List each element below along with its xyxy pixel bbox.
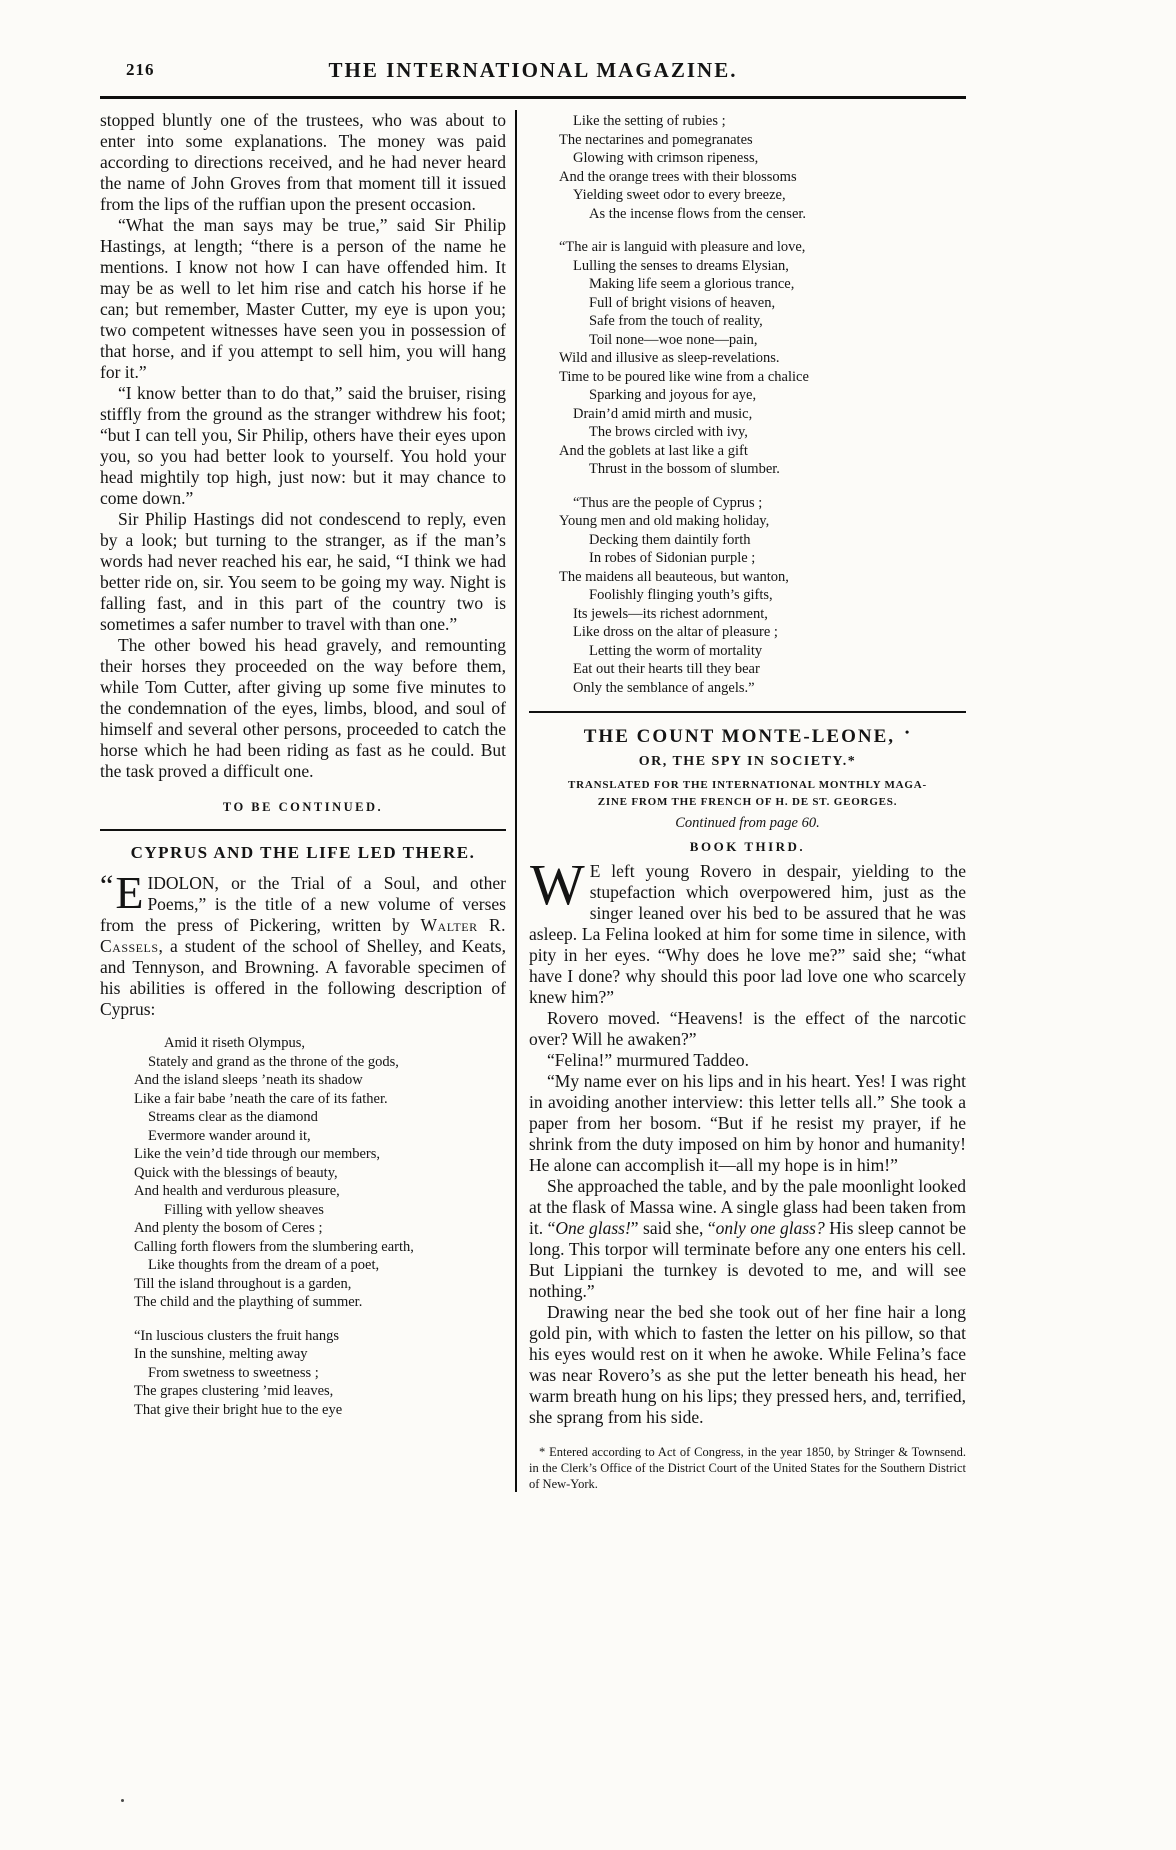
text-segment: Sir Philip Hastings did not condescend t… — [100, 509, 506, 634]
section-divider-right — [529, 711, 966, 713]
translation-credit-line2: ZINE FROM THE FRENCH OF H. DE ST. GEORGE… — [529, 794, 966, 811]
poem-line: The grapes clustering ’mid leaves, — [134, 1382, 506, 1401]
poem-line: Toil none—woe none—pain, — [589, 331, 966, 350]
section-divider — [100, 829, 506, 831]
poem-line: And health and verdurous pleasure, — [134, 1182, 506, 1201]
text-segment: ” said she, “ — [631, 1218, 716, 1238]
poem-line: Young men and old making holiday, — [559, 512, 966, 531]
opening-quote-mark: “ — [100, 873, 113, 899]
poem-line: “Thus are the people of Cyprus ; — [573, 494, 966, 513]
paragraph: “What the man says may be true,” said Si… — [100, 215, 506, 383]
paragraph: stopped bluntly one of the trustees, who… — [100, 110, 506, 215]
paragraph: “My name ever on his lips and in his hea… — [529, 1071, 966, 1176]
monteleone-title: THE COUNT MONTE-LEONE,• — [529, 725, 966, 748]
poem-line: Like the setting of rubies ; — [573, 112, 966, 131]
left-column: stopped bluntly one of the trustees, who… — [100, 110, 515, 1492]
italic-text: One glass! — [555, 1218, 630, 1238]
text-segment: stopped bluntly one of the trustees, who… — [100, 110, 506, 214]
poem-line: Making life seem a glorious trance, — [589, 275, 966, 294]
paragraph: Drawing near the bed she took out of her… — [529, 1302, 966, 1428]
text-segment: “Felina!” murmured Taddeo. — [547, 1050, 749, 1070]
ink-speck: • — [905, 725, 911, 739]
masthead-title: THE INTERNATIONAL MAGAZINE. — [100, 58, 966, 83]
poem-line: Eat out their hearts till they bear — [573, 660, 966, 679]
paragraph: The other bowed his head gravely, and re… — [100, 635, 506, 782]
cyprus-intro-paragraph: “EIDOLON, or the Trial of a Soul, and ot… — [100, 873, 506, 1020]
poem-line: And the goblets at last like a gift — [559, 442, 966, 461]
poem-stanza: Like the setting of rubies ;The nectarin… — [559, 112, 966, 223]
paragraph: “Felina!” murmured Taddeo. — [529, 1050, 966, 1071]
poem-line: Lulling the senses to dreams Elysian, — [573, 257, 966, 276]
poem-line: Filling with yellow sheaves — [164, 1201, 506, 1220]
poem-stanza: Amid it riseth Olympus,Stately and grand… — [134, 1034, 506, 1312]
to-be-continued-notice: TO BE CONTINUED. — [100, 800, 506, 815]
poem-line: Sparking and joyous for aye, — [589, 386, 966, 405]
text-segment: Rovero moved. “Heavens! is the effect of… — [529, 1008, 966, 1049]
monteleone-title-text: THE COUNT MONTE-LEONE, — [584, 726, 895, 747]
translation-credit-line1: TRANSLATED FOR THE INTERNATIONAL MONTHLY… — [529, 777, 966, 794]
poem-stanza: “The air is languid with pleasure and lo… — [559, 238, 966, 479]
paragraph: “I know better than to do that,” said th… — [100, 383, 506, 509]
poem-line: Foolishly flinging youth’s gifts, — [589, 586, 966, 605]
poem-line: Amid it riseth Olympus, — [164, 1034, 506, 1053]
poem-line: Drain’d amid mirth and music, — [573, 405, 966, 424]
poem-line: Like the vein’d tide through our members… — [134, 1145, 506, 1164]
magazine-page: 216 THE INTERNATIONAL MAGAZINE. stopped … — [0, 0, 1176, 1850]
poem-line: Calling forth flowers from the slumberin… — [134, 1238, 506, 1257]
intro-text-continued: , a student of the school of Shelley, an… — [100, 936, 506, 1019]
poem-line: And the orange trees with their blossoms — [559, 168, 966, 187]
poem-line: Streams clear as the diamond — [148, 1108, 506, 1127]
text-segment: “What the man says may be true,” said Si… — [100, 215, 506, 382]
story-continuation: stopped bluntly one of the trustees, who… — [100, 110, 506, 782]
poem-line: Safe from the touch of reality, — [589, 312, 966, 331]
page-header: 216 THE INTERNATIONAL MAGAZINE. — [100, 56, 966, 92]
copyright-footnote: * Entered according to Act of Congress, … — [529, 1444, 966, 1492]
poem-line: Stately and grand as the throne of the g… — [148, 1053, 506, 1072]
poem-line: In the sunshine, melting away — [134, 1345, 506, 1364]
poem-line: And plenty the bosom of Ceres ; — [134, 1219, 506, 1238]
cyprus-poem-continued: Like the setting of rubies ;The nectarin… — [559, 112, 966, 697]
cyprus-article-heading: CYPRUS AND THE LIFE LED THERE. — [100, 843, 506, 863]
dropcap-letter: E — [114, 873, 147, 912]
paragraph: She approached the table, and by the pal… — [529, 1176, 966, 1302]
monteleone-first-paragraph: WE left young Rovero in despair, yieldin… — [529, 861, 966, 1008]
poem-line: As the incense flows from the censer. — [589, 205, 966, 224]
poem-line: The brows circled with ivy, — [589, 423, 966, 442]
poem-line: Quick with the blessings of beauty, — [134, 1164, 506, 1183]
translation-credit: TRANSLATED FOR THE INTERNATIONAL MONTHLY… — [529, 777, 966, 811]
poem-line: And the island sleeps ’neath its shadow — [134, 1071, 506, 1090]
text-segment: “My name ever on his lips and in his hea… — [529, 1071, 966, 1175]
poem-line: “The air is languid with pleasure and lo… — [559, 238, 966, 257]
poem-line: Decking them daintily forth — [589, 531, 966, 550]
poem-stanza: “Thus are the people of Cyprus ;Young me… — [559, 494, 966, 698]
continued-from-note: Continued from page 60. — [529, 815, 966, 832]
poem-line: The child and the plaything of summer. — [134, 1293, 506, 1312]
text-segment: Drawing near the bed she took out of her… — [529, 1302, 966, 1427]
poem-line: Full of bright visions of heaven, — [589, 294, 966, 313]
monteleone-subtitle: OR, THE SPY IN SOCIETY.* — [529, 754, 966, 770]
text-segment: “I know better than to do that,” said th… — [100, 383, 506, 508]
poem-stanza: “In luscious clusters the fruit hangsIn … — [134, 1327, 506, 1420]
poem-line: Letting the worm of mortality — [589, 642, 966, 661]
poem-line: That give their bright hue to the eye — [134, 1401, 506, 1420]
poem-line: Yielding sweet odor to every breeze, — [573, 186, 966, 205]
poem-line: “In luscious clusters the fruit hangs — [134, 1327, 506, 1346]
poem-line: Like dross on the altar of pleasure ; — [573, 623, 966, 642]
printed-sheet: 216 THE INTERNATIONAL MAGAZINE. stopped … — [100, 56, 966, 1492]
italic-text: only one glass? — [716, 1218, 825, 1238]
header-rule — [100, 96, 966, 99]
poem-line: Glowing with crimson ripeness, — [573, 149, 966, 168]
paragraph: Rovero moved. “Heavens! is the effect of… — [529, 1008, 966, 1050]
dropcap-letter: W — [529, 861, 590, 907]
two-column-layout: stopped bluntly one of the trustees, who… — [100, 110, 966, 1492]
poem-line: Like a fair babe ’neath the care of its … — [134, 1090, 506, 1109]
poem-line: Like thoughts from the dream of a poet, — [148, 1256, 506, 1275]
ink-speck-bottom — [121, 1799, 124, 1802]
poem-line: The nectarines and pomegranates — [559, 131, 966, 150]
book-heading: BOOK THIRD. — [529, 839, 966, 855]
poem-line: Wild and illusive as sleep-revelations. — [559, 349, 966, 368]
paragraph-text: E left young Rovero in despair, yielding… — [529, 861, 966, 1007]
monteleone-heading-block: THE COUNT MONTE-LEONE,• OR, THE SPY IN S… — [529, 725, 966, 855]
poem-line: Till the island throughout is a garden, — [134, 1275, 506, 1294]
poem-line: Time to be poured like wine from a chali… — [559, 368, 966, 387]
text-segment: The other bowed his head gravely, and re… — [100, 635, 506, 781]
poem-line: Only the semblance of angels.” — [573, 679, 966, 698]
poem-line: The maidens all beauteous, but wanton, — [559, 568, 966, 587]
poem-line: Thrust in the bossom of slumber. — [589, 460, 966, 479]
paragraph: Sir Philip Hastings did not condescend t… — [100, 509, 506, 635]
poem-line: Evermore wander around it, — [148, 1127, 506, 1146]
poem-line: Its jewels—its richest adornment, — [573, 605, 966, 624]
right-column: Like the setting of rubies ;The nectarin… — [517, 110, 966, 1492]
monteleone-body: Rovero moved. “Heavens! is the effect of… — [529, 1008, 966, 1428]
cyprus-poem: Amid it riseth Olympus,Stately and grand… — [134, 1034, 506, 1419]
poem-line: In robes of Sidonian purple ; — [589, 549, 966, 568]
poem-line: From swetness to sweetness ; — [148, 1364, 506, 1383]
